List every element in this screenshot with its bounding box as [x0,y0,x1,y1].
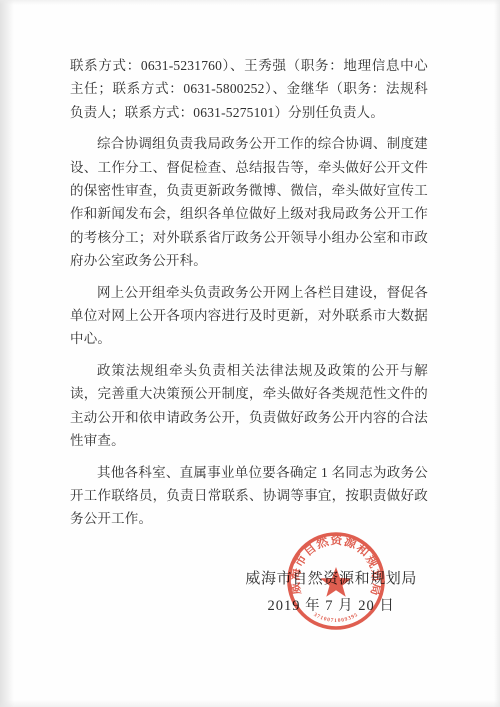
seal-code: 3710071009395 [312,612,359,624]
document-paragraph: 网上公开组牵头负责政务公开网上各栏目建设，督促各单位对网上公开各项内容进行及时更… [70,281,428,351]
document-paragraph: 联系方式：0631-5231760）、王秀强（职务：地理信息中心主任；联系方式：… [70,54,428,124]
seal-star-icon [320,567,351,597]
document-page: 联系方式：0631-5231760）、王秀强（职务：地理信息中心主任；联系方式：… [0,0,500,707]
document-paragraph: 政策法规组牵头负责相关法律法规及政策的公开与解读，完善重大决策预公开制度，牵头做… [70,359,428,453]
scan-edge-top [0,0,500,5]
document-paragraph: 其他各科室、直属事业单位要各确定 1 名同志为政务公开工作联络员，负责日常联系、… [70,461,428,531]
official-seal: 威海市自然资源和规划局 3710071009395 [281,526,391,636]
scan-edge-left [0,0,14,707]
svg-text:3710071009395: 3710071009395 [312,612,359,624]
scan-edge-bottom [0,700,500,707]
document-paragraph: 综合协调组负责我局政务公开工作的综合协调、制度建设、工作分工、督促检查、总结报告… [70,132,428,272]
scan-edge-right [494,0,500,707]
